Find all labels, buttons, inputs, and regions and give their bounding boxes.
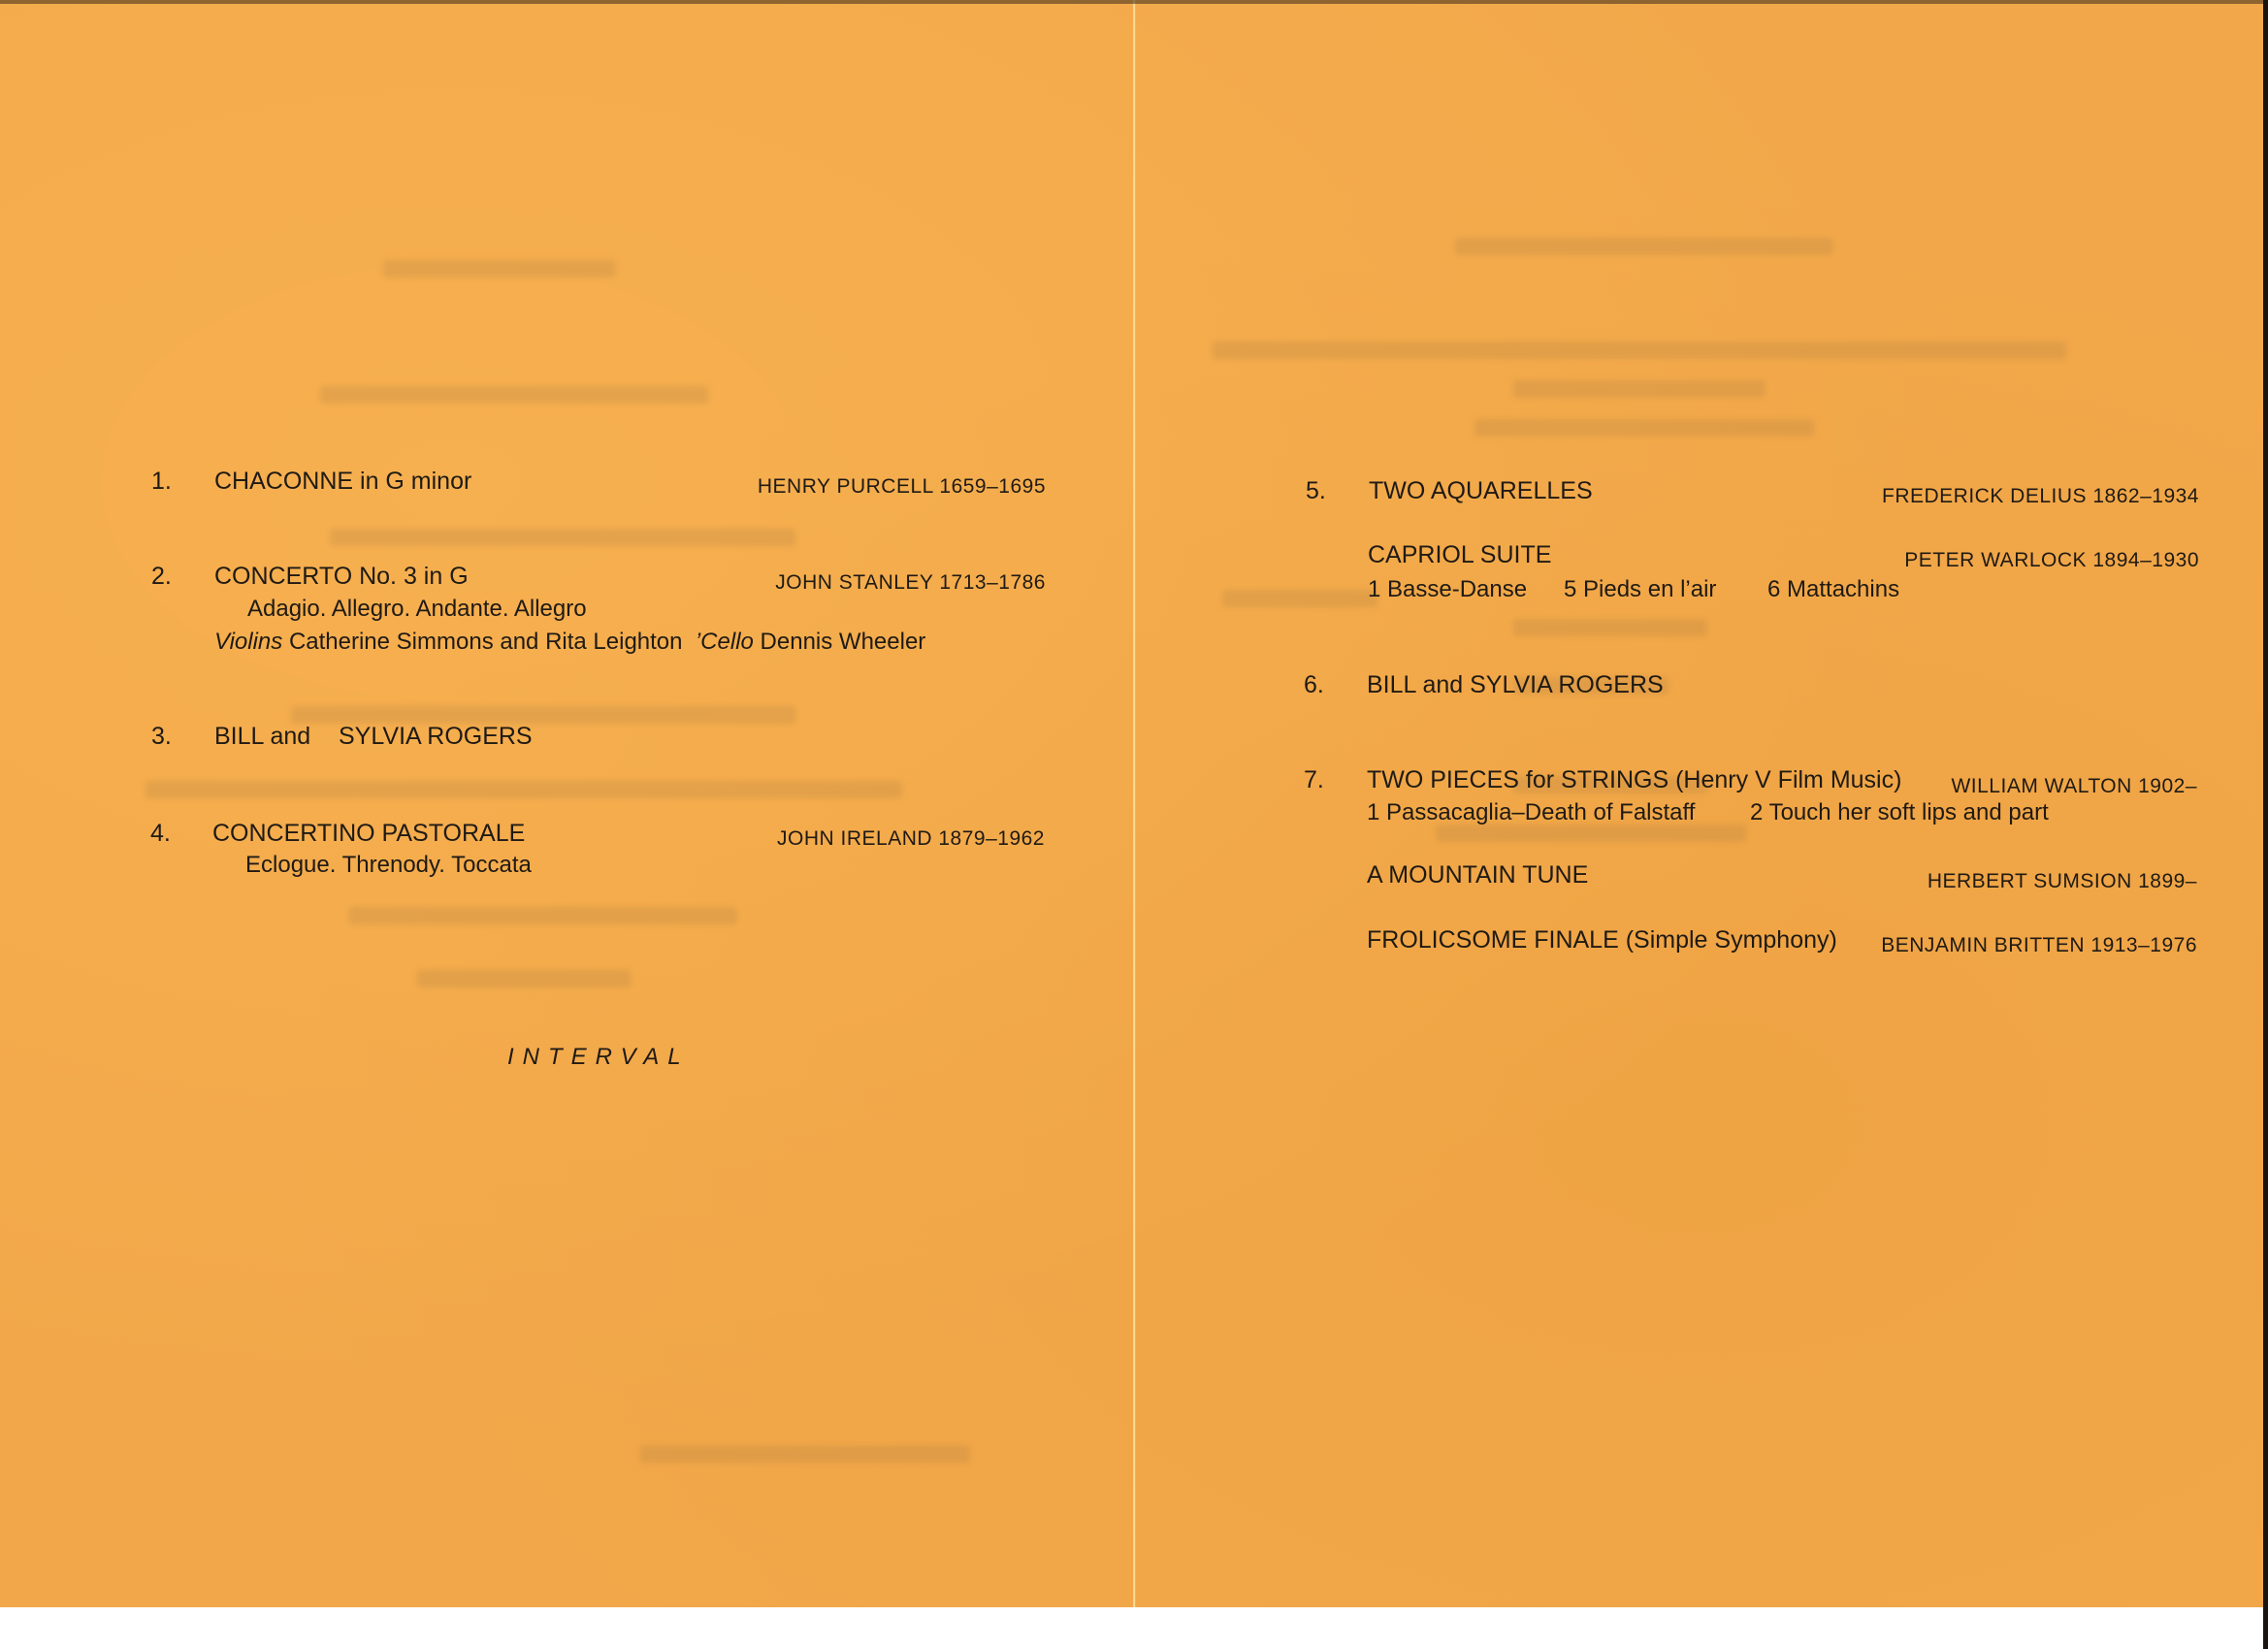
scan-right-edge [2263, 0, 2268, 1649]
item-title: TWO PIECES for STRINGS (Henry V Film Mus… [1367, 766, 1901, 794]
show-through-text [640, 1445, 970, 1463]
item-title: BILL and SYLVIA ROGERS [1367, 671, 1664, 699]
show-through-text [1222, 590, 1377, 607]
item-number: 7. [1304, 766, 1324, 794]
item-title: TWO AQUARELLES [1369, 477, 1593, 505]
item-title: FROLICSOME FINALE (Simple Symphony) [1367, 926, 1837, 954]
item-soloists: Violins Catherine Simmons and Rita Leigh… [214, 629, 925, 656]
item-movements: Adagio. Allegro. Andante. Allegro [247, 596, 587, 623]
programme-paper: 1. CHACONNE in G minor HENRY PURCELL 165… [0, 0, 2263, 1607]
item-composer: HENRY PURCELL 1659–1695 [758, 475, 1046, 499]
page-fold [1133, 0, 1136, 1607]
item-number: 6. [1304, 671, 1324, 699]
item-title: CHACONNE in G minor [214, 468, 471, 496]
item-composer: HERBERT SUMSION 1899– [1928, 870, 2197, 893]
violins-names: Catherine Simmons and Rita Leighton [289, 629, 683, 655]
item-title-part2: SYLVIA ROGERS [339, 723, 533, 751]
item-movements: Eclogue. Threnody. Toccata [245, 852, 532, 879]
cello-label: ’Cello [696, 629, 754, 655]
item-composer: BENJAMIN BRITTEN 1913–1976 [1881, 934, 2197, 957]
item-composer: JOHN STANLEY 1713–1786 [775, 571, 1046, 595]
item-number: 5. [1306, 477, 1326, 505]
show-through-text [330, 529, 795, 546]
item-title: CONCERTINO PASTORALE [212, 820, 525, 848]
item-movement: 2 Touch her soft lips and part [1750, 799, 2049, 826]
scan-top-edge [0, 0, 2268, 4]
violins-label: Violins [214, 629, 282, 655]
item-title: CAPRIOL SUITE [1368, 541, 1551, 569]
item-composer: PETER WARLOCK 1894–1930 [1904, 549, 2199, 572]
show-through-text [1474, 419, 1814, 436]
item-composer: WILLIAM WALTON 1902– [1951, 775, 2197, 798]
show-through-text [1513, 380, 1766, 398]
show-through-text [146, 781, 902, 798]
cello-name: Dennis Wheeler [761, 629, 926, 655]
show-through-text [291, 706, 795, 724]
show-through-text [1436, 824, 1746, 842]
item-movement: 1 Passacaglia–Death of Falstaff [1367, 799, 1695, 826]
show-through-text [320, 386, 708, 404]
item-composer: JOHN IRELAND 1879–1962 [777, 827, 1045, 851]
show-through-text [383, 260, 616, 277]
item-movement: 5 Pieds en l’air [1564, 576, 1716, 603]
show-through-text [1455, 238, 1833, 255]
show-through-text [1213, 341, 2066, 359]
item-composer: FREDERICK DELIUS 1862–1934 [1882, 485, 2199, 508]
item-number: 3. [151, 723, 172, 751]
show-through-text [417, 970, 631, 987]
item-number: 2. [151, 563, 172, 591]
show-through-text [349, 907, 737, 924]
show-through-text [1513, 619, 1707, 636]
item-movement: 1 Basse-Danse [1368, 576, 1527, 603]
interval-label: INTERVAL [507, 1044, 690, 1071]
item-title: CONCERTO No. 3 in G [214, 563, 469, 591]
item-title-part1: BILL and [214, 723, 310, 751]
item-number: 1. [151, 468, 172, 496]
item-number: 4. [150, 820, 171, 848]
item-title: A MOUNTAIN TUNE [1367, 861, 1588, 889]
item-movement: 6 Mattachins [1767, 576, 1899, 603]
